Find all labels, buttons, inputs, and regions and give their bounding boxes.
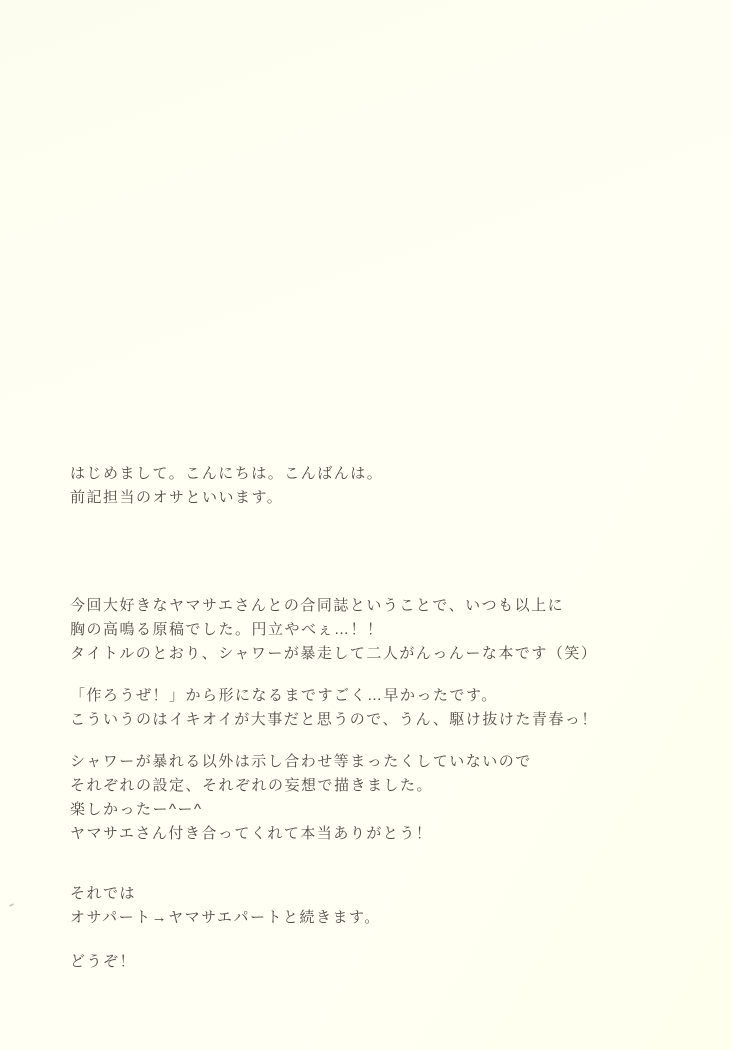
text-line: はじめまして。こんにちは。こんばんは。 <box>70 462 383 486</box>
paragraph-intro: 今回大好きなヤマサエさんとの合同誌ということで、いつも以上に 胸の高鳴る原稿でし… <box>70 594 597 666</box>
text-line: どうぞ！ <box>70 950 136 974</box>
text-line: 楽しかったー^ー^ <box>70 798 532 822</box>
text-line: 今回大好きなヤマサエさんとの合同誌ということで、いつも以上に <box>70 594 597 618</box>
scanned-afterword-page: はじめまして。こんにちは。こんばんは。 前記担当のオサといいます。 今回大好きな… <box>0 0 732 1050</box>
scan-dust-speck <box>9 903 14 907</box>
text-line: 前記担当のオサといいます。 <box>70 486 383 510</box>
paragraph-process: 「作ろうぜ！」から形になるまですごく…早かったです。 こういうのはイキオイが大事… <box>70 684 598 732</box>
text-line: ヤマサエさん付き合ってくれて本当ありがとう！ <box>70 822 532 846</box>
text-line: オサパート→ヤマサエパートと続きます。 <box>70 906 381 930</box>
text-line: それぞれの設定、それぞれの妄想で描きました。 <box>70 774 532 798</box>
paragraph-thanks: シャワーが暴れる以外は示し合わせ等まったくしていないので それぞれの設定、それぞ… <box>70 750 532 846</box>
text-line: タイトルのとおり、シャワーが暴走して二人がんっんーな本です（笑） <box>70 642 597 666</box>
text-line: それでは <box>70 882 381 906</box>
text-line: 「作ろうぜ！」から形になるまですごく…早かったです。 <box>70 684 598 708</box>
text-line: シャワーが暴れる以外は示し合わせ等まったくしていないので <box>70 750 532 774</box>
paragraph-transition: それでは オサパート→ヤマサエパートと続きます。 <box>70 882 381 930</box>
paragraph-greeting: はじめまして。こんにちは。こんばんは。 前記担当のオサといいます。 <box>70 462 383 510</box>
text-line: 胸の高鳴る原稿でした。円立やべぇ…！！ <box>70 618 597 642</box>
paragraph-closing: どうぞ！ <box>70 950 136 974</box>
text-line: こういうのはイキオイが大事だと思うので、うん、駆け抜けた青春っ！ <box>70 708 598 732</box>
